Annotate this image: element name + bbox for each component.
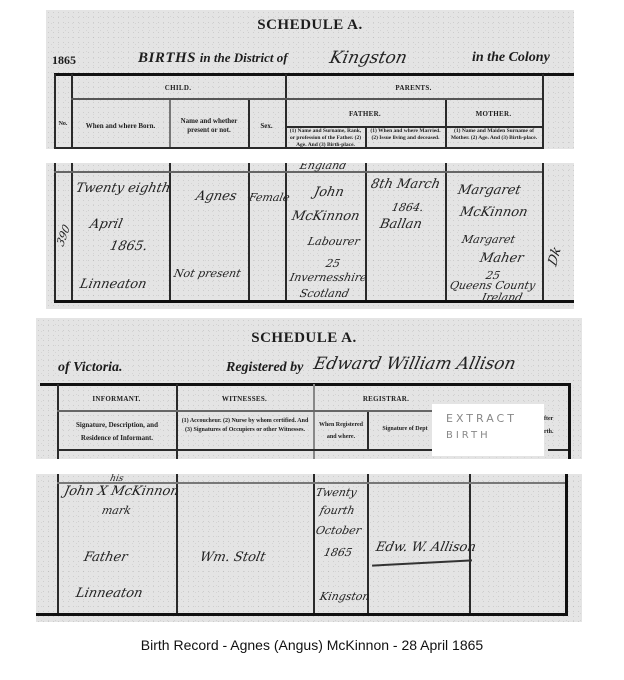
witness-signature: Wm. Stolt [198, 550, 266, 565]
after-label: fter [544, 415, 553, 424]
births-rest: in the District of [200, 50, 288, 65]
parents-group-header: PARENTS. [285, 84, 542, 92]
married-place: Ballan [378, 217, 423, 232]
marriage-details-header: (1) When and where Married. (2) Issue li… [367, 128, 444, 142]
year-label: 1865 [52, 53, 76, 68]
signature-flourish [372, 559, 472, 566]
row-divider [548, 449, 568, 451]
col-divider [445, 163, 447, 301]
col-divider [285, 163, 287, 301]
witnesses-group-header: WITNESSES. [176, 395, 313, 403]
informant-name: John X McKinnon [62, 484, 180, 499]
born-date-line2: April [88, 217, 123, 232]
no-column-header: No. [55, 120, 71, 129]
registrar-name: Edward William Allison [312, 354, 518, 374]
informant-mark: mark [101, 504, 133, 517]
mother-maiden-line2: Maher [478, 251, 525, 266]
col-divider [57, 474, 59, 614]
mother-maiden-line1: Margaret [461, 233, 517, 246]
bottom-entry-strip: his John X McKinnon mark Father Linneato… [36, 474, 582, 622]
registered-line3: October [315, 524, 363, 537]
births-district-label: BIRTHS in the District of [138, 50, 288, 67]
signature-deputy-header: Signature of Dept [370, 425, 440, 434]
father-name-line2: McKinnon [290, 209, 361, 224]
mother-group-header: MOTHER. [445, 110, 542, 118]
registered-line1: Twenty [315, 486, 358, 499]
row-divider [57, 449, 437, 451]
father-above-note: England [299, 163, 348, 172]
entry-number: 390 [54, 222, 72, 249]
witness-details-header: (1) Accoucheur. (2) Nurse by whom certif… [180, 417, 310, 435]
col-divider [54, 163, 56, 301]
col-divider [542, 74, 544, 149]
name-present-header: Name and whether present or not. [171, 117, 247, 135]
of-victoria-label: of Victoria. [58, 360, 123, 376]
top-entry-strip: 390 Twenty eighth April 1865. Linneaton … [46, 163, 574, 309]
birth-label: rth. [544, 428, 554, 437]
child-group-header: CHILD. [71, 84, 285, 92]
col-divider [248, 163, 250, 301]
pencil-note-line1: EXTRACT [446, 412, 517, 425]
births-bold: BIRTHS [138, 50, 196, 66]
row-divider [71, 98, 542, 100]
top-header-strip: SCHEDULE A. 1865 BIRTHS in the District … [46, 10, 574, 149]
pencil-note-line2: BIRTH [446, 430, 491, 441]
born-place: Linneaton [78, 277, 148, 292]
district-name: Kingston [328, 48, 409, 68]
col-divider [367, 411, 369, 451]
father-group-header: FATHER. [285, 110, 445, 118]
sex-header: Sex. [248, 122, 285, 131]
child-sex: Female [248, 191, 291, 204]
registrar-signature: Edw. W. Allison [374, 540, 477, 555]
married-year: 1864. [391, 201, 425, 214]
father-details-header: (1) Name and Surname, Rank, or professio… [287, 128, 364, 149]
registered-place: Kingston [319, 590, 371, 603]
schedule-title-bottom: SCHEDULE A. [200, 330, 408, 347]
father-name-line1: John [312, 185, 345, 200]
informant-residence: Linneaton [74, 586, 144, 601]
mother-birthplace-line2: Ireland [481, 291, 524, 304]
registered-by-label: Registered by [226, 360, 303, 376]
table-top-rule [54, 73, 574, 76]
informant-details-header: Signature, Description, and Residence of… [64, 419, 170, 445]
married-date: 8th March [369, 177, 441, 192]
father-rank: Labourer [307, 235, 361, 248]
father-birthplace-line1: Invernesshire [289, 271, 368, 284]
table-right-rule [568, 383, 571, 459]
table-bottom-rule [36, 613, 568, 616]
mother-name-line1: Margaret [456, 183, 522, 198]
row-divider [57, 410, 437, 412]
table-top-rule [40, 383, 570, 386]
mother-details-header: (1) Name and Maiden Surname of Mother. (… [447, 128, 541, 142]
child-name: Agnes [194, 189, 238, 204]
col-divider [542, 163, 544, 301]
born-date-line3: 1865. [108, 239, 148, 254]
informant-his: his [109, 474, 124, 484]
schedule-title-top: SCHEDULE A. [46, 17, 574, 34]
informant-group-header: INFORMANT. [57, 395, 176, 403]
registered-line4: 1865 [323, 546, 354, 559]
when-where-born-header: When and where Born. [72, 122, 169, 131]
registrar-group-header: REGISTRAR. [336, 395, 436, 403]
in-the-colony-label: in the Colony [472, 50, 550, 66]
registered-line2: fourth [319, 504, 356, 517]
margin-note: Dk [546, 244, 564, 269]
father-age: 25 [325, 257, 342, 270]
table-right-rule [565, 474, 568, 615]
child-present: Not present [173, 267, 242, 280]
informant-description: Father [82, 550, 129, 565]
record-caption: Birth Record - Agnes (Angus) McKinnon - … [0, 637, 624, 653]
mother-name-line2: McKinnon [458, 205, 529, 220]
when-registered-header: When Registered and where. [315, 419, 367, 443]
bottom-header-strip: SCHEDULE A. of Victoria. Registered by E… [36, 318, 582, 459]
col-divider [54, 74, 56, 149]
father-birthplace-line2: Scotland [299, 287, 351, 300]
born-date-line1: Twenty eighth [74, 181, 171, 196]
